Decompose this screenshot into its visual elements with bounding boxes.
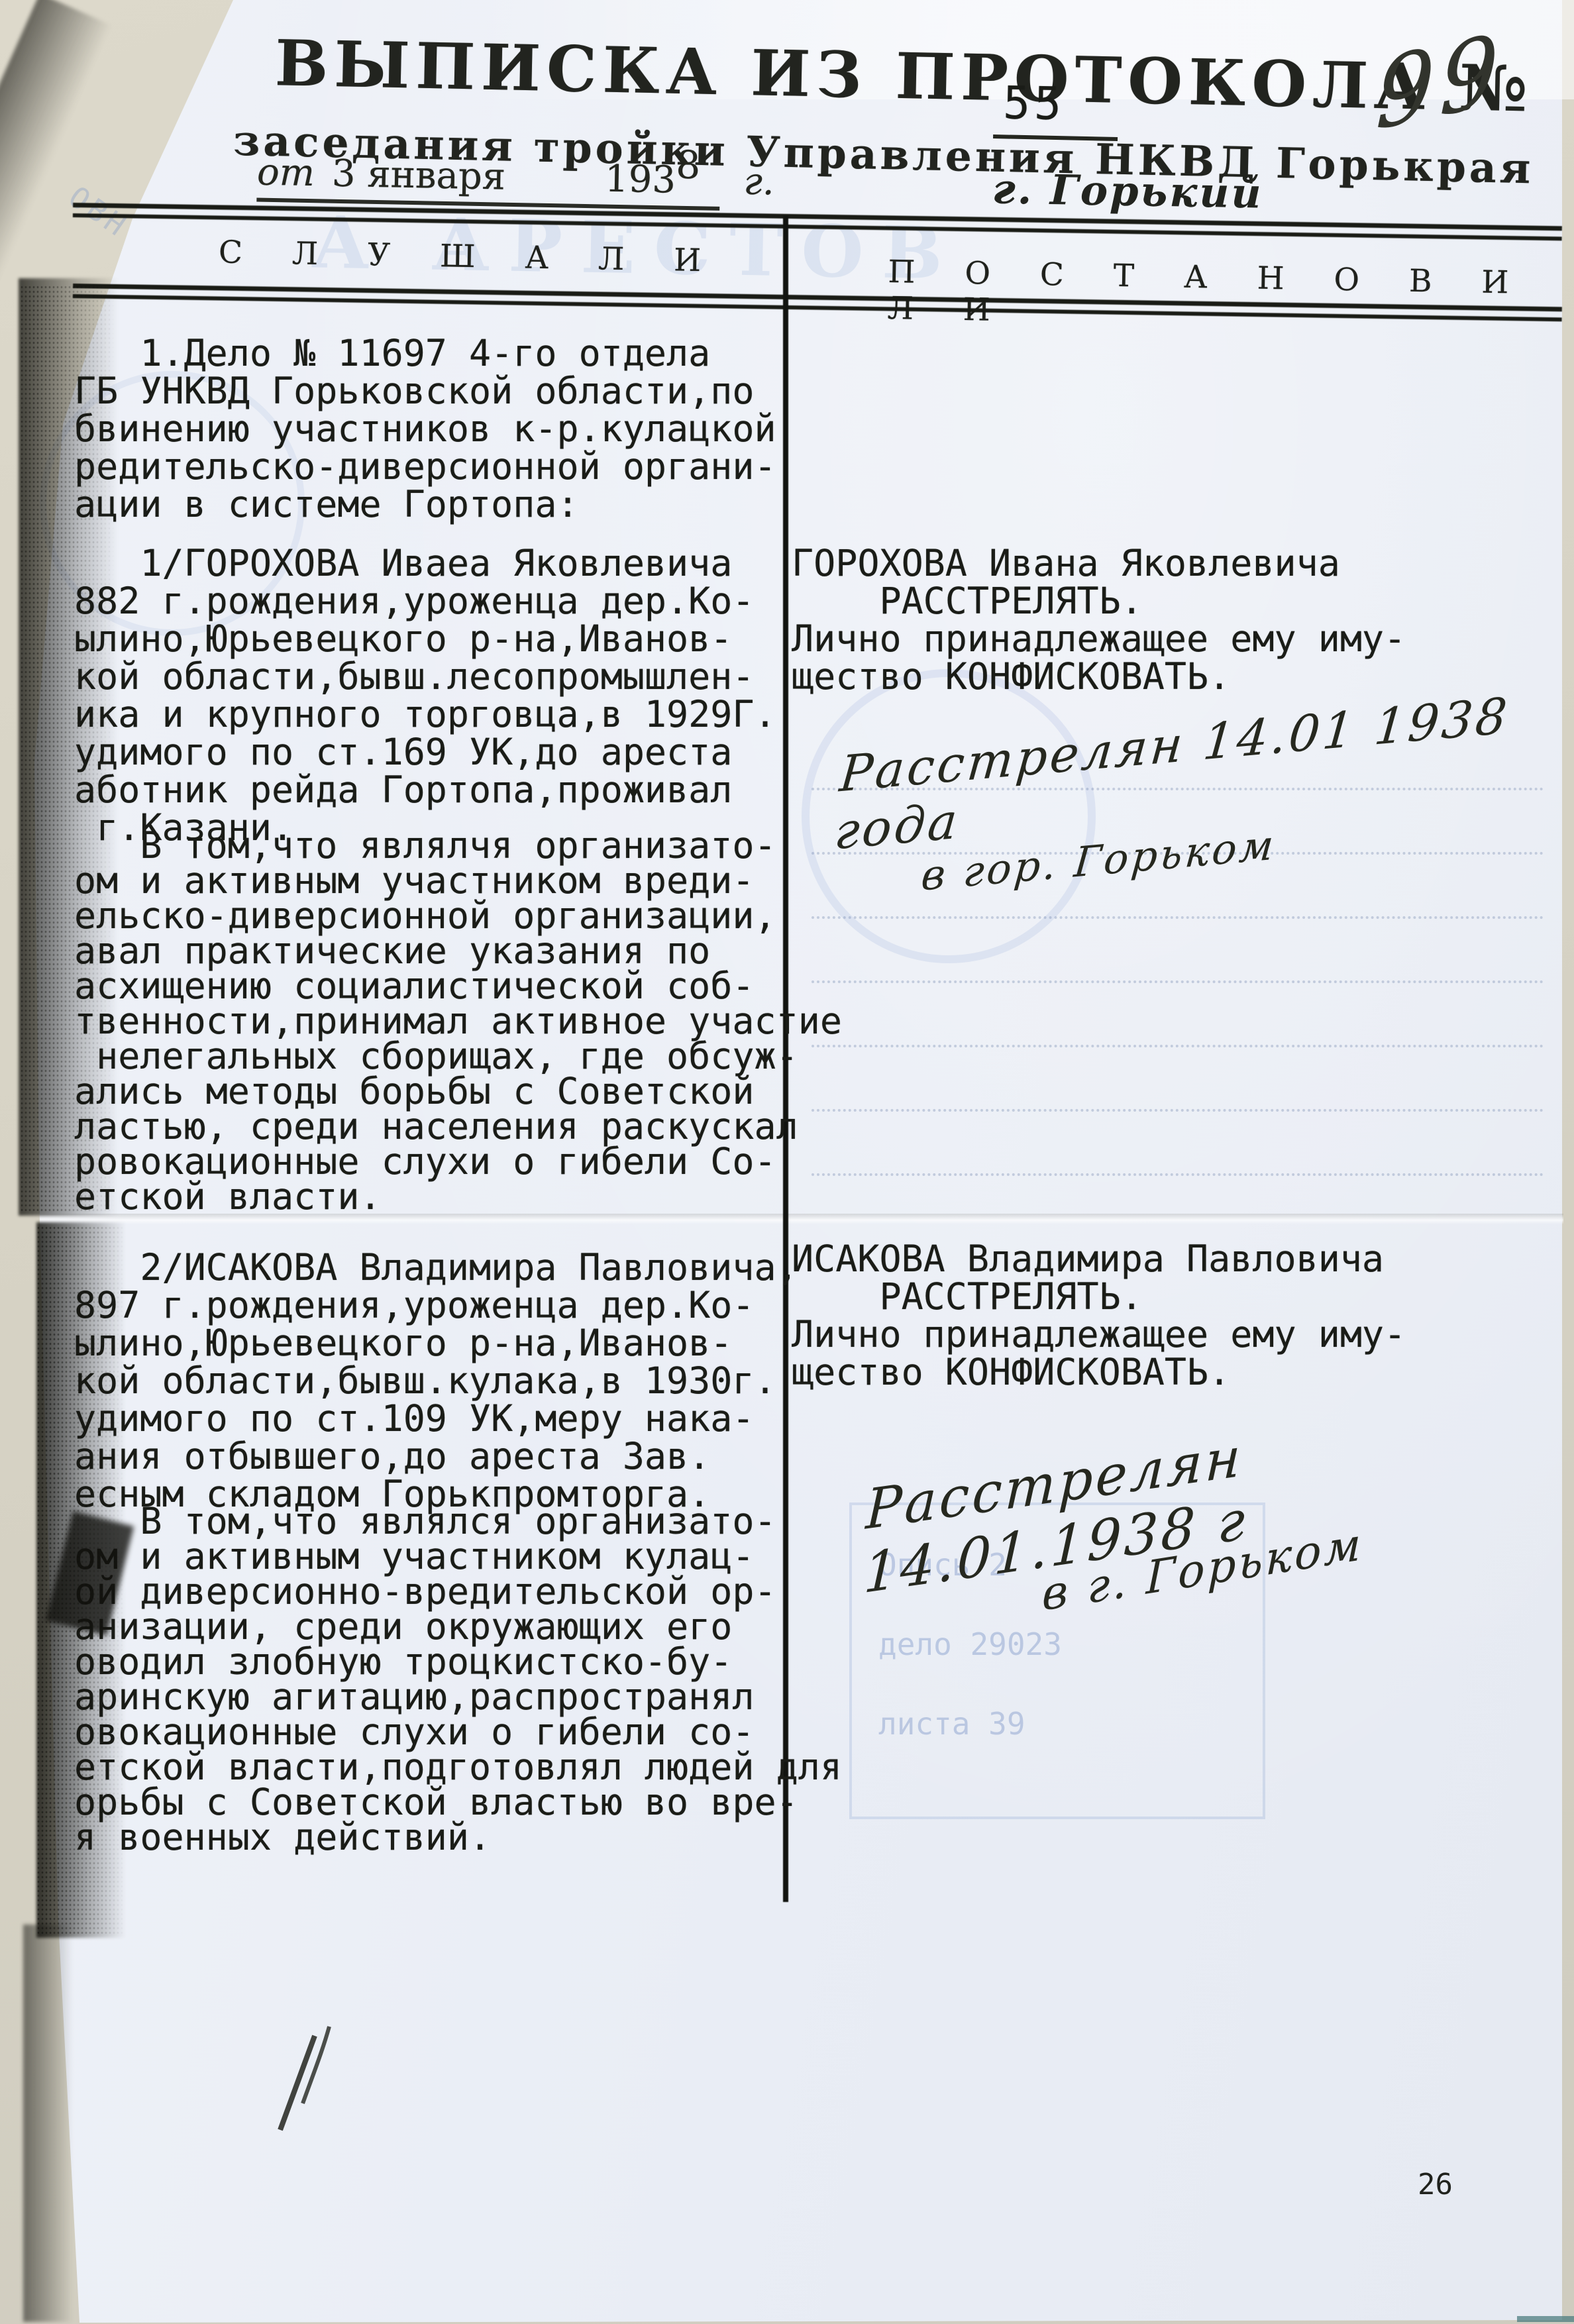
defendant1-charges: В том,что являлчя организато-ом и активн… bbox=[74, 828, 842, 1214]
typed-line: ылино,Юрьевецкого р-на,Иванов- bbox=[74, 1324, 798, 1362]
column-header-resolved: П О С Т А Н О В И Л И bbox=[887, 254, 1574, 339]
typed-line: РАССТРЕЛЯТЬ. bbox=[792, 1278, 1406, 1316]
typed-line: редительско-диверсионной органи- bbox=[74, 448, 776, 486]
typed-line: етской власти. bbox=[74, 1179, 842, 1214]
scanned-document-canvas: А АРЕСТОВ ОВН Опись 2дело 29023листа 39 … bbox=[0, 0, 1574, 2324]
typed-line: ельско-диверсионной организации, bbox=[74, 898, 842, 933]
typed-line: твенности,принимал активное участие bbox=[74, 1004, 842, 1039]
typed-line: ались методы борьбы с Советской bbox=[74, 1074, 842, 1109]
defendant2-charges: В том,что являлся организато-ом и активн… bbox=[74, 1504, 842, 1855]
typed-line: я военных действий. bbox=[74, 1820, 842, 1855]
typed-line: ации в системе Гортопа: bbox=[74, 486, 776, 523]
typed-line: ровокационные слухи о гибели Со- bbox=[74, 1144, 842, 1179]
typed-line: ГБ УНКВД Горьковской области,по bbox=[74, 372, 776, 410]
defendant1-description: 1/ГОРОХОВА Иваеа Яковлевича882 г.рождени… bbox=[74, 545, 776, 847]
resolution2: ИСАКОВА Владимира Павловича РАССТРЕЛЯТЬ.… bbox=[792, 1240, 1406, 1391]
typed-line: В том,что являлчя организато- bbox=[74, 828, 842, 863]
ghost-form-line bbox=[812, 1042, 1544, 1047]
typed-line: ИСАКОВА Владимира Павловича bbox=[792, 1240, 1406, 1278]
protocol-number: 55 bbox=[993, 77, 1119, 141]
typed-line: кой области,бывш.кулака,в 1930г. bbox=[74, 1362, 798, 1400]
typed-line: оводил злобную троцкистско-бу- bbox=[74, 1644, 842, 1679]
typed-line: ания отбывшего,до ареста Зав. bbox=[74, 1438, 798, 1475]
date-day-month: 3 января bbox=[331, 152, 505, 199]
date-year: 193 bbox=[604, 158, 676, 202]
typed-line: асхищению социалистической соб- bbox=[74, 969, 842, 1004]
typed-line: ГОРОХОВА Ивана Яковлевича bbox=[792, 545, 1406, 582]
typed-line: 897 г.рождения,уроженца дер.Ко- bbox=[74, 1287, 798, 1324]
defendant2-description: 2/ИСАКОВА Владимира Павловича,897 г.рожд… bbox=[74, 1249, 798, 1513]
typed-line: бвинению участников к-р.кулацкой bbox=[74, 410, 776, 448]
torn-edge-shadow bbox=[0, 0, 113, 377]
typed-line: 1/ГОРОХОВА Иваеа Яковлевича bbox=[74, 545, 776, 582]
scan-edge-line bbox=[1517, 2316, 1574, 2322]
typed-line: 882 г.рождения,уроженца дер.Ко- bbox=[74, 582, 776, 620]
typed-line: анизации, среди окружающих его bbox=[74, 1609, 842, 1644]
typed-line: Лично принадлежащее ему иму- bbox=[792, 1316, 1406, 1353]
typed-line: щество КОНФИСКОВАТЬ. bbox=[792, 658, 1406, 696]
resolution1: ГОРОХОВА Ивана Яковлевича РАССТРЕЛЯТЬ.Ли… bbox=[792, 545, 1406, 696]
typed-line: ом и активным участником вреди- bbox=[74, 863, 842, 898]
date-suffix: г. bbox=[743, 160, 774, 204]
typed-line: етской власти,подготовлял людей для bbox=[74, 1750, 842, 1785]
typed-line: аботник рейда Гортопа,проживал bbox=[74, 771, 776, 809]
city-label: г. Горький bbox=[992, 164, 1263, 217]
date-prefix: от bbox=[257, 151, 315, 195]
typed-line: удимого по ст.109 УК,меру нака- bbox=[74, 1400, 798, 1438]
case-intro: 1.Дело № 11697 4-го отделаГБ УНКВД Горьк… bbox=[74, 335, 776, 523]
typed-line: нелегальных сборищах, где обсуж- bbox=[74, 1039, 842, 1074]
typed-line: овокационные слухи о гибели со- bbox=[74, 1715, 842, 1750]
date-year-digit: 8 bbox=[676, 142, 701, 188]
typed-line: щество КОНФИСКОВАТЬ. bbox=[792, 1353, 1406, 1391]
typed-line: ом и активным участником кулац- bbox=[74, 1539, 842, 1574]
pen-squiggle-mark bbox=[268, 2017, 354, 2143]
typed-line: 1.Дело № 11697 4-го отдела bbox=[74, 335, 776, 372]
typed-line: ылино,Юрьевецкого р-на,Иванов- bbox=[74, 620, 776, 658]
typed-line: В том,что являлся организато- bbox=[74, 1504, 842, 1539]
ghost-form-line bbox=[812, 1106, 1544, 1112]
archive-stamp-line: листа 39 bbox=[878, 1684, 1249, 1764]
ghost-form-line bbox=[812, 978, 1544, 983]
typed-line: ой диверсионно-вредительской ор- bbox=[74, 1574, 842, 1609]
typed-line: кой области,бывш.лесопромышлен- bbox=[74, 658, 776, 696]
typed-line: удимого по ст.169 УК,до ареста bbox=[74, 733, 776, 771]
typed-line: авал практические указания по bbox=[74, 933, 842, 969]
typed-line: 2/ИСАКОВА Владимира Павловича, bbox=[74, 1249, 798, 1287]
sheet-number: 26 bbox=[1418, 2168, 1453, 2201]
typed-line: аринскую агитацию,распространял bbox=[74, 1679, 842, 1715]
ghost-form-line bbox=[812, 914, 1544, 919]
ghost-form-line bbox=[812, 1171, 1544, 1176]
typed-line: орьбы с Советской властью во вре- bbox=[74, 1785, 842, 1820]
typed-line: РАССТРЕЛЯТЬ. bbox=[792, 582, 1406, 620]
date-line: от3 января1938 г. bbox=[256, 149, 774, 212]
typed-line: ика и крупного торговца,в 1929Г. bbox=[74, 696, 776, 733]
typed-line: Лично принадлежащее ему иму- bbox=[792, 620, 1406, 658]
typed-line: ластью, среди населения раскускал bbox=[74, 1109, 842, 1144]
